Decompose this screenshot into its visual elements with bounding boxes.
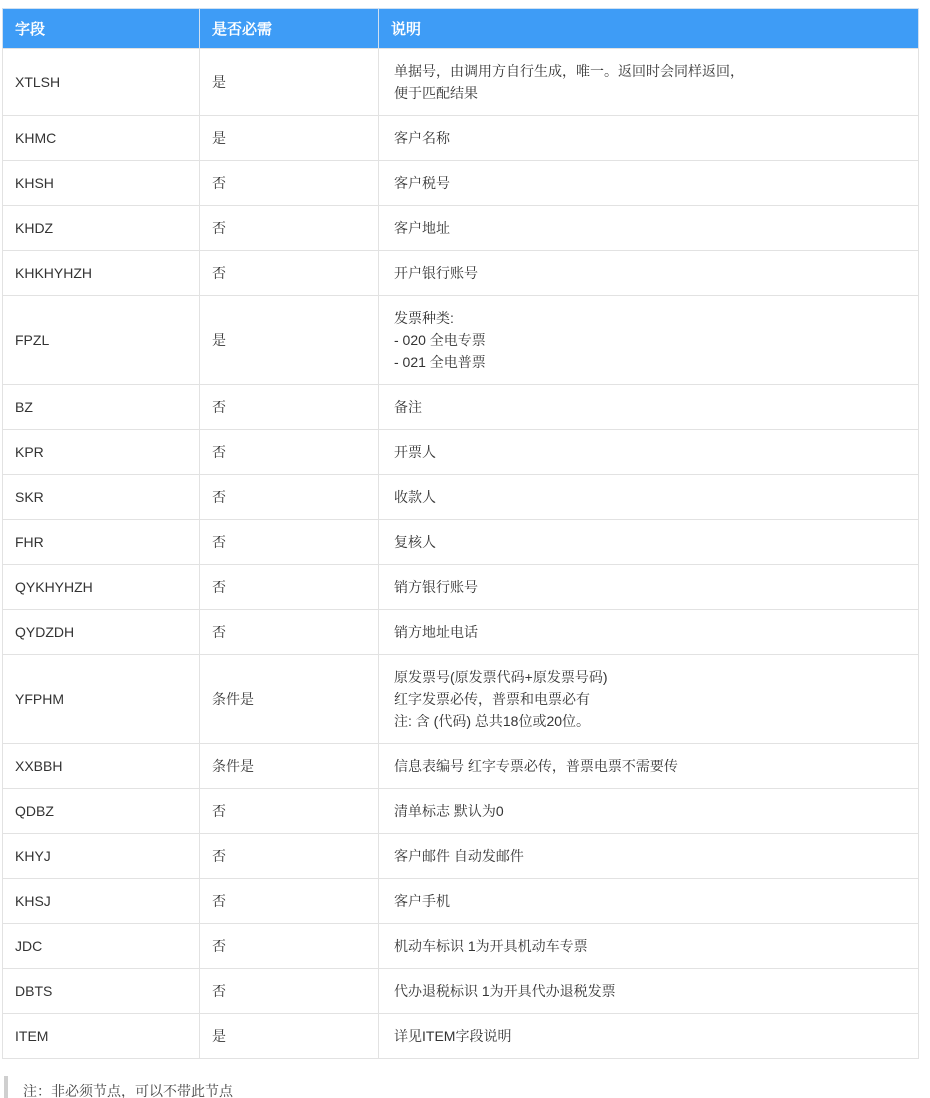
cell-field: KHDZ bbox=[3, 206, 200, 251]
cell-description: 销方地址电话 bbox=[379, 610, 919, 655]
cell-description: 客户邮件 自动发邮件 bbox=[379, 834, 919, 879]
table-row: BZ否备注 bbox=[3, 385, 919, 430]
cell-required: 否 bbox=[200, 385, 379, 430]
cell-description: 信息表编号 红字专票必传，普票电票不需要传 bbox=[379, 744, 919, 789]
cell-required: 否 bbox=[200, 161, 379, 206]
cell-description: 复核人 bbox=[379, 520, 919, 565]
cell-description: 清单标志 默认为0 bbox=[379, 789, 919, 834]
cell-required: 否 bbox=[200, 879, 379, 924]
column-header-field: 字段 bbox=[3, 9, 200, 49]
cell-required: 是 bbox=[200, 1014, 379, 1059]
cell-field: KHMC bbox=[3, 116, 200, 161]
cell-field: KHSH bbox=[3, 161, 200, 206]
cell-required: 是 bbox=[200, 116, 379, 161]
cell-field: XXBBH bbox=[3, 744, 200, 789]
cell-required: 否 bbox=[200, 969, 379, 1014]
cell-required: 否 bbox=[200, 565, 379, 610]
table-row: KHYJ否客户邮件 自动发邮件 bbox=[3, 834, 919, 879]
table-row: KHSJ否客户手机 bbox=[3, 879, 919, 924]
cell-field: KHKHYHZH bbox=[3, 251, 200, 296]
column-header-description: 说明 bbox=[379, 9, 919, 49]
cell-field: KHYJ bbox=[3, 834, 200, 879]
cell-field: QYKHYHZH bbox=[3, 565, 200, 610]
cell-field: SKR bbox=[3, 475, 200, 520]
table-row: XXBBH条件是信息表编号 红字专票必传，普票电票不需要传 bbox=[3, 744, 919, 789]
cell-field: ITEM bbox=[3, 1014, 200, 1059]
cell-required: 是 bbox=[200, 49, 379, 116]
cell-required: 条件是 bbox=[200, 744, 379, 789]
cell-required: 否 bbox=[200, 610, 379, 655]
table-row: KHSH否客户税号 bbox=[3, 161, 919, 206]
table-row: KHKHYHZH否开户银行账号 bbox=[3, 251, 919, 296]
cell-field: BZ bbox=[3, 385, 200, 430]
table-row: SKR否收款人 bbox=[3, 475, 919, 520]
cell-description: 客户名称 bbox=[379, 116, 919, 161]
cell-description: 客户地址 bbox=[379, 206, 919, 251]
cell-description: 机动车标识 1为开具机动车专票 bbox=[379, 924, 919, 969]
cell-required: 是 bbox=[200, 296, 379, 385]
cell-field: QYDZDH bbox=[3, 610, 200, 655]
table-body: XTLSH是单据号，由调用方自行生成，唯一。返回时会同样返回， 便于匹配结果KH… bbox=[3, 49, 919, 1059]
cell-field: XTLSH bbox=[3, 49, 200, 116]
cell-required: 否 bbox=[200, 789, 379, 834]
cell-required: 条件是 bbox=[200, 655, 379, 744]
cell-description: 发票种类: - 020 全电专票 - 021 全电普票 bbox=[379, 296, 919, 385]
cell-field: FPZL bbox=[3, 296, 200, 385]
table-row: QYKHYHZH否销方银行账号 bbox=[3, 565, 919, 610]
table-row: DBTS否代办退税标识 1为开具代办退税发票 bbox=[3, 969, 919, 1014]
table-row: ITEM是详见ITEM字段说明 bbox=[3, 1014, 919, 1059]
cell-field: KHSJ bbox=[3, 879, 200, 924]
fields-table: 字段 是否必需 说明 XTLSH是单据号，由调用方自行生成，唯一。返回时会同样返… bbox=[2, 8, 919, 1059]
cell-required: 否 bbox=[200, 475, 379, 520]
cell-field: QDBZ bbox=[3, 789, 200, 834]
cell-field: KPR bbox=[3, 430, 200, 475]
cell-required: 否 bbox=[200, 206, 379, 251]
table-row: KHDZ否客户地址 bbox=[3, 206, 919, 251]
table-row: FHR否复核人 bbox=[3, 520, 919, 565]
cell-required: 否 bbox=[200, 520, 379, 565]
cell-description: 单据号，由调用方自行生成，唯一。返回时会同样返回， 便于匹配结果 bbox=[379, 49, 919, 116]
table-row: QYDZDH否销方地址电话 bbox=[3, 610, 919, 655]
table-row: FPZL是发票种类: - 020 全电专票 - 021 全电普票 bbox=[3, 296, 919, 385]
cell-description: 客户税号 bbox=[379, 161, 919, 206]
cell-description: 开户银行账号 bbox=[379, 251, 919, 296]
cell-description: 原发票号(原发票代码+原发票号码) 红字发票必传，普票和电票必有 注: 含 (代… bbox=[379, 655, 919, 744]
document-page: 字段 是否必需 说明 XTLSH是单据号，由调用方自行生成，唯一。返回时会同样返… bbox=[0, 0, 930, 1098]
cell-description: 代办退税标识 1为开具代办退税发票 bbox=[379, 969, 919, 1014]
cell-required: 否 bbox=[200, 924, 379, 969]
table-header-row: 字段 是否必需 说明 bbox=[3, 9, 919, 49]
cell-required: 否 bbox=[200, 430, 379, 475]
table-row: JDC否机动车标识 1为开具机动车专票 bbox=[3, 924, 919, 969]
cell-description: 详见ITEM字段说明 bbox=[379, 1014, 919, 1059]
table-row: KHMC是客户名称 bbox=[3, 116, 919, 161]
cell-field: DBTS bbox=[3, 969, 200, 1014]
cell-required: 否 bbox=[200, 834, 379, 879]
table-row: YFPHM条件是原发票号(原发票代码+原发票号码) 红字发票必传，普票和电票必有… bbox=[3, 655, 919, 744]
cell-field: JDC bbox=[3, 924, 200, 969]
table-row: XTLSH是单据号，由调用方自行生成，唯一。返回时会同样返回， 便于匹配结果 bbox=[3, 49, 919, 116]
cell-description: 备注 bbox=[379, 385, 919, 430]
cell-description: 开票人 bbox=[379, 430, 919, 475]
note-text: 注：非必须节点，可以不带此节点 bbox=[23, 1083, 233, 1098]
cell-field: FHR bbox=[3, 520, 200, 565]
cell-description: 销方银行账号 bbox=[379, 565, 919, 610]
column-header-required: 是否必需 bbox=[200, 9, 379, 49]
cell-description: 收款人 bbox=[379, 475, 919, 520]
cell-required: 否 bbox=[200, 251, 379, 296]
table-row: QDBZ否清单标志 默认为0 bbox=[3, 789, 919, 834]
note-blockquote: 注：非必须节点，可以不带此节点 bbox=[4, 1076, 918, 1098]
table-row: KPR否开票人 bbox=[3, 430, 919, 475]
cell-field: YFPHM bbox=[3, 655, 200, 744]
cell-description: 客户手机 bbox=[379, 879, 919, 924]
